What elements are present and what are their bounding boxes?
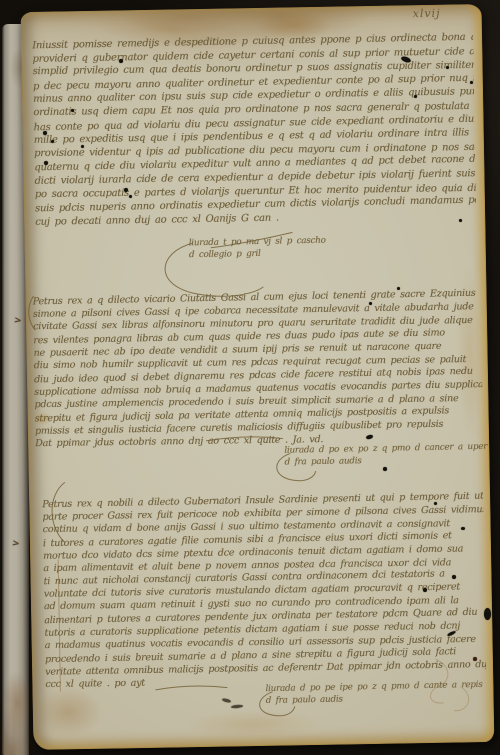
ink-blot xyxy=(71,109,74,112)
margin-note-1: liurada t po ma vj sl p caschod collegio… xyxy=(189,236,326,261)
ink-blot xyxy=(459,219,462,222)
ink-blot xyxy=(470,81,473,84)
ink-blot xyxy=(473,657,477,661)
ink-blot xyxy=(461,527,465,530)
manuscript-photo: > > > > xlvij Iniussit pomisse remedijs … xyxy=(0,0,500,755)
ink-blot xyxy=(124,188,128,192)
ink-blot xyxy=(434,502,437,505)
ink-blot xyxy=(452,575,456,579)
margin-note-3: liurada d po pe ipe po z q pmo d cante a… xyxy=(265,680,482,707)
ink-blot xyxy=(446,66,449,69)
ink-blot xyxy=(423,588,427,592)
ink-blot xyxy=(119,59,123,63)
sewing-thread-icon: > xyxy=(11,539,20,550)
ink-blot xyxy=(51,140,54,143)
paragraph-3: Petrus rex q nobili a dilecto Gubernator… xyxy=(42,491,486,695)
stain xyxy=(183,709,323,739)
ink-blot xyxy=(414,95,417,98)
ink-blot xyxy=(43,131,47,135)
ink-blot xyxy=(81,145,84,148)
sewing-thread-icon: > xyxy=(13,316,22,327)
paragraph-2: Petrus rex a q dilecto vicario Ciutatis … xyxy=(33,287,484,453)
ink-blot xyxy=(369,302,372,305)
ink-blot xyxy=(484,608,491,620)
stain xyxy=(32,687,103,738)
folio-number: xlvij xyxy=(413,6,463,20)
ink-blot xyxy=(397,287,400,290)
ink-blot xyxy=(383,467,387,471)
margin-note-2: liurada d po ex po z q pmo d cancer a up… xyxy=(284,442,487,469)
ink-blot xyxy=(44,161,48,165)
ink-blot xyxy=(129,195,132,198)
parchment-page: xlvij Iniussit pomisse remedijs e desped… xyxy=(21,4,495,750)
